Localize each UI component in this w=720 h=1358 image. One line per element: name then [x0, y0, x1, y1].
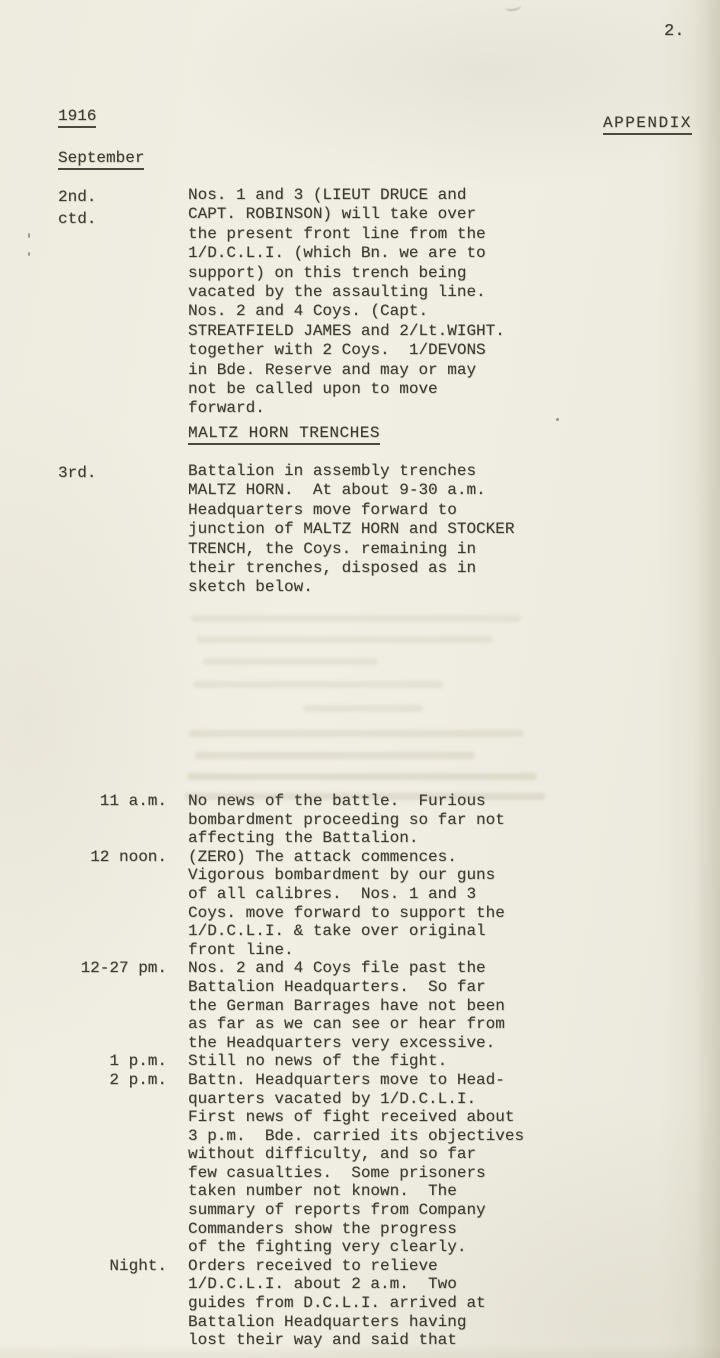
bleedthrough-line [187, 773, 537, 780]
bleedthrough-line [189, 730, 524, 737]
text-line: Vigorous bombardment by our guns [188, 866, 572, 885]
text-line: of all calibres. Nos. 1 and 3 [188, 885, 572, 904]
text-line: TRENCH, the Coys. remaining in [188, 540, 572, 559]
sketch-bleedthrough-area [183, 613, 555, 785]
time-entry-body: Orders received to relieve1/D.C.L.I. abo… [188, 1257, 572, 1350]
time-entry-body: Battn. Headquarters move to Head-quarter… [188, 1071, 572, 1257]
timed-entries: 11 a.m.No news of the battle. Furiousbom… [58, 792, 572, 1350]
ink-speck [28, 233, 30, 238]
bleedthrough-line [203, 658, 378, 665]
text-line: 3rd. [58, 462, 96, 484]
text-line: summary of reports from Company [188, 1201, 572, 1220]
text-line: bombardment proceeding so far not [188, 811, 572, 830]
text-line: Coys. move forward to support the [188, 904, 572, 923]
text-line: the German Barrages have not been [188, 997, 572, 1016]
time-label: 1 p.m. [58, 1052, 188, 1071]
time-entry-body: No news of the battle. Furiousbombardmen… [188, 792, 572, 848]
text-line: vacated by the assaulting line. [188, 283, 572, 302]
text-line: support) on this trench being [188, 264, 572, 283]
text-line: Battalion in assembly trenches [188, 462, 572, 481]
text-line: 3 p.m. Bde. carried its objectives [188, 1127, 572, 1146]
bleedthrough-line [193, 681, 443, 688]
page-number: 2. [664, 22, 684, 41]
time-label: Night. [58, 1257, 188, 1350]
time-entry-body: Still no news of the fight. [188, 1052, 572, 1071]
text-line: 1/D.C.L.I. (which Bn. we are to [188, 244, 572, 263]
text-line: lost their way and said that [188, 1331, 572, 1350]
time-label: 12-27 pm. [58, 959, 188, 1052]
text-line: Nos. 2 and 4 Coys. (Capt. [188, 302, 572, 321]
text-line: MALTZ HORN. At about 9-30 a.m. [188, 481, 572, 500]
text-line: few casualties. Some prisoners [188, 1164, 572, 1183]
entry-body-3rd: Battalion in assembly trenchesMALTZ HORN… [188, 462, 572, 598]
text-line: as far as we can see or hear from [188, 1015, 572, 1034]
text-line: guides from D.C.L.I. arrived at [188, 1294, 572, 1313]
text-line: (ZERO) The attack commences. [188, 848, 572, 867]
text-line: front line. [188, 941, 572, 960]
appendix-heading: APPENDIX [603, 114, 692, 135]
text-line: together with 2 Coys. 1/DEVONS [188, 341, 572, 360]
text-line: 1/D.C.L.I. & take over original [188, 922, 572, 941]
text-line: quarters vacated by 1/D.C.L.I. [188, 1090, 572, 1109]
text-line: Nos. 2 and 4 Coys file past the [188, 959, 572, 978]
text-line: CAPT. ROBINSON) will take over [188, 205, 572, 224]
text-line: 2nd. [58, 186, 96, 208]
entry-body-2nd: Nos. 1 and 3 (LIEUT DRUCE andCAPT. ROBIN… [188, 186, 572, 419]
text-line: 1/D.C.L.I. about 2 a.m. Two [188, 1275, 572, 1294]
text-line: in Bde. Reserve and may or may [188, 361, 572, 380]
text-line: No news of the battle. Furious [188, 792, 572, 811]
text-line: without difficulty, and so far [188, 1145, 572, 1164]
text-line: forward. [188, 399, 572, 418]
text-line: Orders received to relieve [188, 1257, 572, 1276]
year-heading: 1916 [58, 107, 96, 128]
bleedthrough-line [191, 615, 521, 622]
bleedthrough-line [195, 752, 475, 759]
text-line: affecting the Battalion. [188, 829, 572, 848]
ink-speck [556, 418, 559, 421]
entry-date-2nd: 2nd.ctd. [58, 186, 96, 230]
time-label: 11 a.m. [58, 792, 188, 848]
text-line: Commanders show the progress [188, 1220, 572, 1239]
time-label: 2 p.m. [58, 1071, 188, 1257]
time-entry-body: Nos. 2 and 4 Coys file past theBattalion… [188, 959, 572, 1052]
text-line: of the fighting very clearly. [188, 1238, 572, 1257]
entry-date-3rd: 3rd. [58, 462, 96, 484]
section-heading: MALTZ HORN TRENCHES [188, 424, 380, 445]
text-line: Battalion Headquarters having [188, 1313, 572, 1332]
month-heading: September [58, 149, 144, 170]
text-line: ctd. [58, 208, 96, 230]
text-line: First news of fight received about [188, 1108, 572, 1127]
text-line: Still no news of the fight. [188, 1052, 572, 1071]
text-line: taken number not known. The [188, 1182, 572, 1201]
text-line: junction of MALTZ HORN and STOCKER [188, 520, 572, 539]
ink-speck [28, 252, 30, 256]
pencil-smudge [504, 1, 521, 12]
text-line: the Headquarters very excessive. [188, 1034, 572, 1053]
time-entry-body: (ZERO) The attack commences.Vigorous bom… [188, 848, 572, 960]
text-line: not be called upon to move [188, 380, 572, 399]
text-line: the present front line from the [188, 225, 572, 244]
time-label: 12 noon. [58, 848, 188, 960]
text-line: sketch below. [188, 578, 572, 597]
text-line: their trenches, disposed as in [188, 559, 572, 578]
bleedthrough-line [197, 636, 492, 643]
text-line: Battn. Headquarters move to Head- [188, 1071, 572, 1090]
text-line: Battalion Headquarters. So far [188, 978, 572, 997]
text-line: Headquarters move forward to [188, 501, 572, 520]
diary-page: 2. 1916 APPENDIX September 2nd.ctd. Nos.… [0, 0, 720, 1358]
text-line: STREATFIELD JAMES and 2/Lt.WIGHT. [188, 322, 572, 341]
text-line: Nos. 1 and 3 (LIEUT DRUCE and [188, 186, 572, 205]
bleedthrough-line [303, 705, 423, 712]
